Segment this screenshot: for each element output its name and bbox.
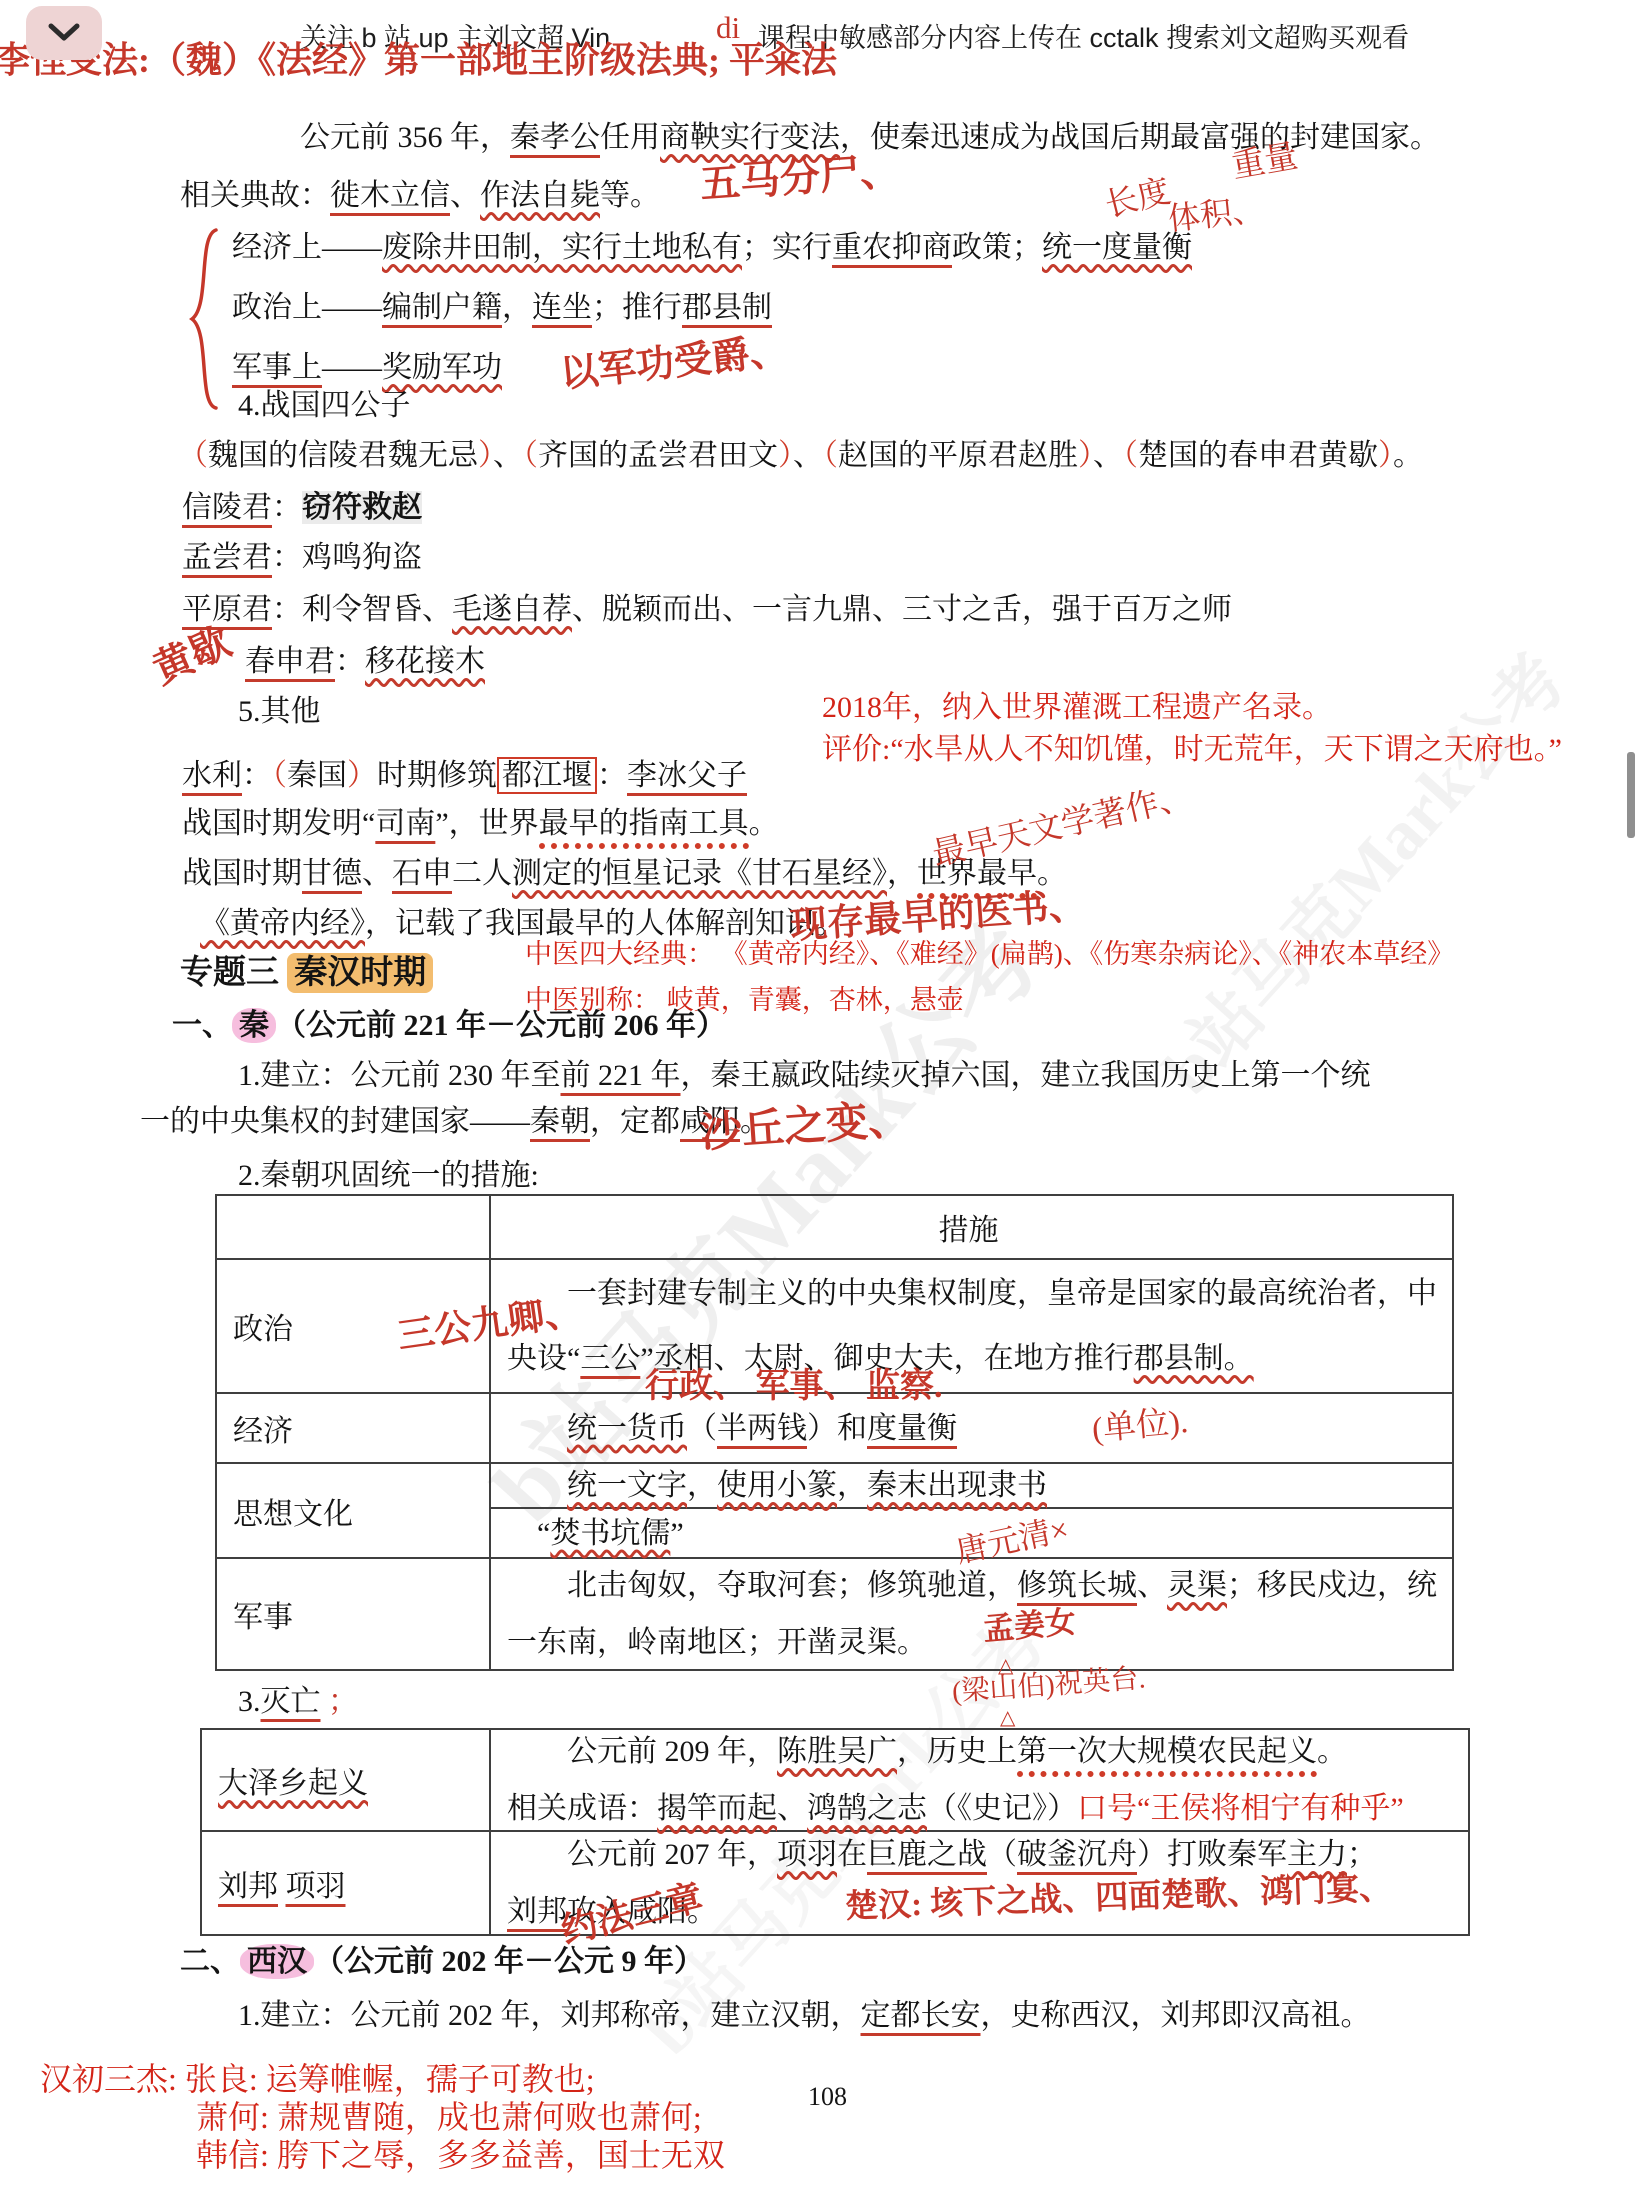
text-segment: 、 (1093, 439, 1123, 472)
text-segment: 都江堰 (497, 757, 597, 794)
text-segment: 经济上—— (232, 231, 382, 264)
line-mengchangjun: 孟尝君：鸡鸣狗盗 (182, 538, 422, 578)
text-segment: 一东南，岭南地区；开凿灵渠。 (507, 1626, 927, 1659)
annotation-tcm-classics: 中医四大经典： 《黄帝内经》、《难经》(扁鹊)、《伤寒杂病论》、《神农本草经》 (525, 938, 1454, 970)
row-label-dazexiang: 大泽乡起义 (201, 1729, 490, 1831)
text-segment: ， (837, 1469, 867, 1502)
text-segment: 灵渠 (1167, 1569, 1227, 1602)
text-segment: 编制户籍 (382, 291, 502, 324)
heading-qin-measures: 2.秦朝巩固统一的措施: (238, 1156, 539, 1196)
text-segment: 陈胜吴广 (777, 1735, 897, 1768)
text-segment: 修筑长城 (1017, 1569, 1137, 1602)
text-segment: ） (347, 759, 377, 792)
text-segment: （ (272, 759, 287, 792)
text-segment: 3. (238, 1685, 261, 1718)
text-segment: 相关典故： (180, 179, 330, 212)
text-segment: 、 (793, 439, 823, 472)
text-segment: 郡县制。 (1134, 1342, 1254, 1375)
cell-line: 公元前 209 年，陈胜吴广，历史上第一次大规模农民起义。 (507, 1732, 1462, 1771)
row-label-economy: 经济 (216, 1393, 490, 1463)
text-segment: （《史记》） (927, 1792, 1077, 1825)
line-chunshenjun: 春申君：移花接木 (245, 642, 485, 682)
line-pingyuanjun: 平原君：利令智昏、毛遂自荐、脱颖而出、一言九鼎、三寸之舌，强于百万之师 (182, 590, 1232, 630)
text-segment: 主力 (1287, 1838, 1347, 1871)
text-segment: 央设“ (507, 1342, 580, 1375)
text-segment: 秦汉时期 (287, 953, 433, 993)
annotation-likui-reform: 李悝变法:（魏）《法经》第一部地主阶级法典; 平籴法 (0, 42, 837, 78)
text-segment: ” (670, 1517, 683, 1550)
line-water-conservancy: 水利：（秦国）时期修筑都江堰：李冰父子 (182, 756, 747, 796)
text-segment: ”，世界 (435, 807, 538, 840)
text-segment: ，史称西汉，刘邦即汉高祖。 (981, 1999, 1371, 2032)
text-segment: 秦末出现隶书 (867, 1469, 1047, 1502)
text-segment: 4.战国四公子 (238, 389, 411, 422)
text-segment: ， (687, 1469, 717, 1502)
text-segment: ；移民戍边，统 (1227, 1569, 1437, 1602)
qin-measures-table: 措施 政治 一套封建专制主义的中央集权制度，皇帝是国家的最高统治者，中 央设“三… (215, 1194, 1454, 1671)
text-segment: 军事 (233, 1601, 293, 1634)
text-segment (507, 1412, 567, 1445)
text-segment: ： (242, 759, 272, 792)
text-segment: 思想文化 (233, 1498, 353, 1531)
text-segment: 巨鹿之战 (867, 1838, 987, 1871)
text-segment: 毛遂自荐 (452, 593, 572, 626)
text-segment: 孟尝君 (182, 541, 272, 574)
text-segment: ） (478, 439, 493, 472)
text-segment: 一、 (172, 1009, 232, 1042)
text-segment: 项羽 (286, 1870, 346, 1903)
document-page: b站马克Mark公考 b站马克Mark公考 b站马克Mark公考 关注 b 站 … (0, 0, 1640, 2188)
cell-economy: 统一货币（半两钱）和度量衡 (490, 1393, 1453, 1463)
text-segment: 魏国的信陵君魏无忌 (208, 439, 478, 472)
text-segment: 西汉 (240, 1944, 314, 1979)
text-segment: ） (1378, 439, 1393, 472)
text-segment: ，定都 (590, 1105, 680, 1138)
text-segment: 焚书坑儒 (550, 1517, 670, 1550)
text-segment: ：利令智昏、 (272, 593, 452, 626)
text-segment: （公元前 202 年－公元 9 年） (314, 1945, 704, 1978)
text-segment: （ (687, 1412, 717, 1445)
text-segment: 1.建立：公元前 202 年，刘邦称帝，建立汉朝， (238, 1999, 861, 2032)
table-cell-empty (216, 1195, 490, 1259)
text-segment: 使用小篆 (717, 1469, 837, 1502)
text-segment: ；推行 (592, 291, 682, 324)
text-segment: 三公 (580, 1342, 640, 1375)
text-segment: 。 (1393, 439, 1423, 472)
annotation-triangle: △ (1000, 1708, 1015, 1728)
text-segment (278, 1870, 286, 1903)
collapse-button[interactable] (26, 6, 102, 60)
text-segment: 水利 (182, 759, 242, 792)
annotation-admin-military-supervision: 行政、 军事、 监察. (645, 1370, 943, 1404)
text-segment: 经济 (233, 1415, 293, 1448)
text-segment: ，历史上 (897, 1735, 1017, 1768)
text-segment: 项羽 (777, 1838, 837, 1871)
text-segment (507, 1469, 567, 1502)
text-segment: （ (178, 439, 208, 472)
text-segment: 甘德 (302, 857, 362, 890)
annotation-han-three-heroes-3: 韩信: 胯下之辱，多多益善，国士无双 (196, 2136, 725, 2174)
text-segment: 窃符救赵 (302, 491, 422, 524)
text-segment: ）打败秦军 (1137, 1838, 1287, 1871)
cell-line: 公元前 207 年，项羽在巨鹿之战（破釜沉舟）打败秦军主力； (507, 1835, 1462, 1874)
text-segment: 破釜沉舟 (1017, 1838, 1137, 1871)
annotation-changdu: 长度 (1102, 176, 1174, 224)
text-segment: ： (335, 645, 365, 678)
text-segment: ，记载了我国最早的人体解剖知识。 (365, 907, 845, 940)
text-segment: “ (507, 1517, 550, 1550)
text-segment: ：鸡鸣狗盗 (272, 541, 422, 574)
row-label-ideology-culture: 思想文化 (216, 1463, 490, 1558)
text-segment: 揭竿而起 (657, 1792, 777, 1825)
text-segment: （ (1123, 439, 1138, 472)
heading-western-han: 二、西汉（公元前 202 年－公元 9 年） (180, 1942, 704, 1982)
text-segment: 时期修筑 (377, 759, 497, 792)
text-segment: 专题三 (180, 955, 287, 991)
cell-ideology-1: 统一文字，使用小篆，秦末出现隶书 (490, 1463, 1453, 1508)
text-segment: 第一次大规模农民起义 (1017, 1735, 1317, 1777)
text-segment: 春申君 (245, 645, 335, 678)
line-politics-reform: 政治上——编制户籍，连坐；推行郡县制 (232, 288, 772, 328)
text-segment: 北击匈奴，夺取河套；修筑驰道， (507, 1569, 1017, 1602)
annotation-2018-heritage: 2018年，纳入世界灌溉工程遗产名录。 (822, 690, 1332, 726)
brace-annotation (186, 226, 222, 417)
text-segment: （ (987, 1838, 1017, 1871)
text-segment: 灭亡 (261, 1685, 321, 1718)
annotation-yijungong: 以军功受爵、 (559, 332, 790, 394)
cell-line: 统一货币（半两钱）和度量衡 (507, 1409, 1446, 1448)
text-segment: 徙木立信 (330, 179, 450, 212)
text-segment: 商鞅实行变法 (660, 121, 840, 154)
text-segment: 大泽乡起义 (218, 1767, 368, 1800)
text-segment: 公元前 207 年， (507, 1838, 777, 1871)
heading-others: 5.其他 (238, 692, 321, 732)
heading-qin-dynasty: 一、秦（公元前 221 年－公元前 206 年） (172, 1006, 726, 1046)
page-number: 108 (808, 2080, 847, 2114)
text-segment: 统一文字 (567, 1469, 687, 1502)
annotation-mengjiangnv: 孟姜女 (982, 1606, 1077, 1645)
line-han-founding: 1.建立：公元前 202 年，刘邦称帝，建立汉朝，定都长安，史称西汉，刘邦即汉高… (238, 1996, 1371, 2036)
text-segment: 、 (1137, 1569, 1167, 1602)
text-segment: 秦孝公 (510, 121, 600, 154)
text-segment: 。 (1037, 857, 1067, 890)
heading-topic3-qinhan: 专题三 秦汉时期 (180, 952, 433, 996)
annotation-dujiangyan-comment: 评价:“水旱从人不知饥馑，时无荒年，天下谓之天府也。” (822, 732, 1562, 768)
annotation-wumafenshi: 五马分尸、 (699, 151, 901, 205)
text-segment: 平原君 (182, 593, 272, 626)
header-notice-text: 课程中敏感部分内容上传在 cctalk 搜索刘文超购买观看 (758, 16, 1409, 55)
text-segment: 二、 (180, 1945, 240, 1978)
text-segment: ，使秦迅速成为战国后期最富强的封建国家。 (840, 121, 1440, 154)
cell-line: 北击匈奴，夺取河套；修筑驰道，修筑长城、灵渠；移民戍边，统 (507, 1566, 1446, 1605)
text-segment: 相关成语： (507, 1792, 657, 1825)
text-segment: 移花接木 (365, 645, 485, 678)
line-four-lords-names: （魏国的信陵君魏无忌）、（齐国的孟尝君田文）、（赵国的平原君赵胜）、（楚国的春申… (178, 436, 1423, 476)
text-segment: 信陵君 (182, 491, 272, 524)
line-sinan-compass: 战国时期发明“司南”，世界最早的指南工具。 (182, 804, 779, 844)
text-segment: 重农抑商 (832, 231, 952, 264)
line-qin-founding-2: 一的中央集权的封建国家——秦朝，定都咸阳。 (140, 1102, 770, 1142)
text-segment: 李冰父子 (627, 759, 747, 792)
text-segment: 、脱颖而出、一言九鼎、三寸之舌，强于百万之师 (572, 593, 1232, 626)
text-segment: 前 221 年 (561, 1059, 681, 1092)
cell-politics: 一套封建专制主义的中央集权制度，皇帝是国家的最高统治者，中 央设“三公”丞相、太… (490, 1259, 1453, 1393)
text-segment: 奖励军功 (382, 351, 502, 384)
text-segment: （公元前 221 年－公元前 206 年） (276, 1009, 726, 1042)
text-segment: 废除井田制，实行土地私有 (382, 231, 742, 264)
text-segment: 齐国的孟尝君田文 (538, 439, 778, 472)
text-segment: ： (272, 491, 302, 524)
text-segment: 司南 (375, 807, 435, 840)
cell-line: 相关成语：揭竿而起、鸿鹄之志（《史记》）口号“王侯将相宁有种乎” (507, 1789, 1462, 1828)
text-segment: 秦国 (287, 759, 347, 792)
text-segment: 作法自毙 (480, 179, 600, 212)
cell-line: 一套封建专制主义的中央集权制度，皇帝是国家的最高统治者，中 (507, 1274, 1446, 1313)
text-segment: 刘邦 (218, 1870, 278, 1903)
text-segment: 等。 (600, 179, 660, 212)
text-segment: （ (523, 439, 538, 472)
text-segment: —— (322, 351, 382, 384)
text-segment: 2.秦朝巩固统一的措施: (238, 1159, 539, 1192)
text-segment: 战国时期 (182, 857, 302, 890)
text-segment: 赵国的平原君赵胜 (838, 439, 1078, 472)
text-segment: 连坐 (532, 291, 592, 324)
row-label-liubang-xiangyu: 刘邦 项羽 (201, 1831, 490, 1935)
text-segment: 统一货币 (567, 1412, 687, 1445)
text-segment: 楚国的春申君黄歇 (1138, 439, 1378, 472)
table-header-measures: 措施 (490, 1195, 1453, 1259)
text-segment: ）和 (807, 1412, 867, 1445)
chevron-down-icon (47, 21, 81, 46)
text-segment: 秦 (232, 1008, 276, 1043)
line-economy-reform: 经济上——废除井田制，实行土地私有；实行重农抑商政策；统一度量衡 (232, 228, 1192, 268)
text-segment: 战国时期发明“ (182, 807, 375, 840)
annotation-tiji: 体积、 (1167, 193, 1266, 235)
text-segment: 、 (493, 439, 523, 472)
annotation-zhongliang: 重量 (1230, 141, 1301, 185)
scrollbar-thumb[interactable] (1627, 752, 1635, 838)
line-xinlingjun: 信陵君：窃符救赵 (182, 488, 422, 528)
text-segment: 石申 (392, 857, 452, 890)
text-segment: ，秦王嬴政陆续灭掉六国，建立我国历史上第一个统 (681, 1059, 1371, 1092)
annotation-danwei: (单位). (1091, 1406, 1190, 1447)
line-qin-founding-1: 1.建立：公元前 230 年至前 221 年，秦王嬴政陆续灭掉六国，建立我国历史… (238, 1056, 1371, 1096)
cell-military: 北击匈奴，夺取河套；修筑驰道，修筑长城、灵渠；移民戍边，统 一东南，岭南地区；开… (490, 1558, 1453, 1670)
text-segment: 公元前 209 年， (507, 1735, 777, 1768)
annotation-folk-legend: (梁山伯)祝英台. (951, 1665, 1146, 1706)
text-segment: ） (778, 439, 793, 472)
text-segment: 《黄帝内经》 (200, 907, 365, 940)
text-segment: 、 (450, 179, 480, 212)
text-segment: 口号“王侯将相宁有种乎” (1077, 1792, 1404, 1825)
text-segment: 1.建立：公元前 230 年至 (238, 1059, 561, 1092)
text-segment: 半两钱 (717, 1412, 807, 1445)
text-segment: ） (1078, 439, 1093, 472)
text-segment: 鸿鹄之志 (807, 1792, 927, 1825)
text-segment: ， (887, 857, 917, 890)
text-segment: 政治 (233, 1313, 293, 1346)
text-segment: 政治上—— (232, 291, 382, 324)
text-segment: 公元前 356 年， (300, 121, 510, 154)
text-segment: 郡县制 (682, 291, 772, 324)
text-segment: 秦朝 (530, 1105, 590, 1138)
text-segment: 5.其他 (238, 695, 321, 728)
text-segment: 测定的恒星记录《甘石星经》 (512, 857, 887, 890)
cell-dazexiang: 公元前 209 年，陈胜吴广，历史上第一次大规模农民起义。 相关成语：揭竿而起、… (490, 1729, 1469, 1831)
cell-line: 统一文字，使用小篆，秦末出现隶书 (507, 1466, 1446, 1505)
text-segment: ； (1347, 1838, 1377, 1871)
text-segment: 一套封建专制主义的中央集权制度，皇帝是国家的最高统治者，中 (507, 1277, 1437, 1310)
text-segment: 度量衡 (867, 1412, 957, 1445)
line-related-stories: 相关典故：徙木立信、作法自毙等。 (180, 176, 660, 216)
text-segment: 、 (362, 857, 392, 890)
cell-line: 一东南，岭南地区；开凿灵渠。 (507, 1623, 1446, 1662)
text-segment: 军事上 (232, 351, 322, 384)
annotation-huangxie: 黄歇 (147, 621, 236, 690)
text-segment: 、 (777, 1792, 807, 1825)
annotation-earliest-medical-book: 现存最早的医书、 (789, 888, 1087, 946)
text-segment: ： (597, 759, 627, 792)
row-label-military: 军事 (216, 1558, 490, 1670)
text-segment: 任用 (600, 121, 660, 154)
line-military-reform: 军事上——奖励军功 (232, 348, 502, 388)
annotation-han-three-heroes-1: 汉初三杰: 张良: 运筹帷幄，孺子可教也; (40, 2060, 595, 2098)
text-segment: ， (502, 291, 532, 324)
text-segment: 政策； (952, 231, 1042, 264)
text-segment: 。 (749, 807, 779, 840)
heading-four-lords: 4.战国四公子 (238, 386, 411, 426)
text-segment: ； (321, 1685, 359, 1718)
annotation-han-three-heroes-2: 萧何: 萧规曹随，成也萧何败也萧何; (196, 2098, 702, 2136)
text-segment: 。 (1317, 1735, 1347, 1768)
text-segment: 在 (837, 1838, 867, 1871)
text-segment: 定都长安 (861, 1999, 981, 2032)
text-segment: （ (823, 439, 838, 472)
heading-qin-fall: 3.灭亡 ； (238, 1682, 358, 1722)
text-segment: 二人 (452, 857, 512, 890)
text-segment: 最早的指南工具 (539, 807, 749, 849)
text-segment: ；实行 (742, 231, 832, 264)
text-segment: 一的中央集权的封建国家—— (140, 1105, 530, 1138)
